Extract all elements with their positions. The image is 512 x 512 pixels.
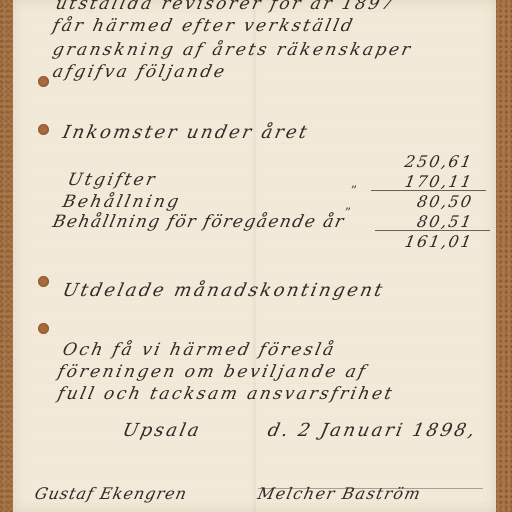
ledger-label: Behållning för föregående år xyxy=(51,212,347,232)
ditto-mark: „ xyxy=(345,198,351,212)
intro-line: granskning af årets räkenskaper xyxy=(51,40,414,60)
punch-hole xyxy=(38,276,49,287)
letter-page: utställda revisorer för år 1897 får härm… xyxy=(13,0,496,512)
closing-line: föreningen om beviljande af xyxy=(56,362,369,382)
subtotal-rule xyxy=(371,190,486,191)
intro-line: utställda revisorer för år 1897 xyxy=(54,0,397,14)
signature-rule xyxy=(258,488,483,489)
ledger-amount: 80,50 xyxy=(381,192,474,211)
signature: Melcher Baström xyxy=(256,484,423,503)
ledger-amount: 250,61 xyxy=(381,152,474,171)
closing-line: Och få vi härmed föreslå xyxy=(61,340,338,360)
punch-hole xyxy=(38,323,49,334)
punch-hole xyxy=(38,76,49,87)
date: d. 2 Januari 1898, xyxy=(266,420,479,441)
total-rule xyxy=(375,230,490,231)
signature: Gustaf Ekengren xyxy=(33,484,189,503)
punch-hole xyxy=(38,124,49,135)
ledger-label: Behållning xyxy=(61,192,183,212)
ledger-heading: Inkomster under året xyxy=(61,122,311,143)
intro-line: får härmed efter verkställd xyxy=(51,16,357,36)
statement-line: Utdelade månadskontingent xyxy=(61,280,387,301)
place: Upsala xyxy=(121,420,204,441)
ditto-mark: „ xyxy=(351,176,357,190)
ledger-amount: 170,11 xyxy=(381,172,474,191)
ledger-amount: 80,51 xyxy=(381,212,474,231)
ledger-label: Utgifter xyxy=(66,170,159,190)
intro-line: afgifva följande xyxy=(51,62,229,82)
closing-line: full och tacksam ansvarsfrihet xyxy=(56,384,396,404)
ledger-total: 161,01 xyxy=(381,232,474,251)
